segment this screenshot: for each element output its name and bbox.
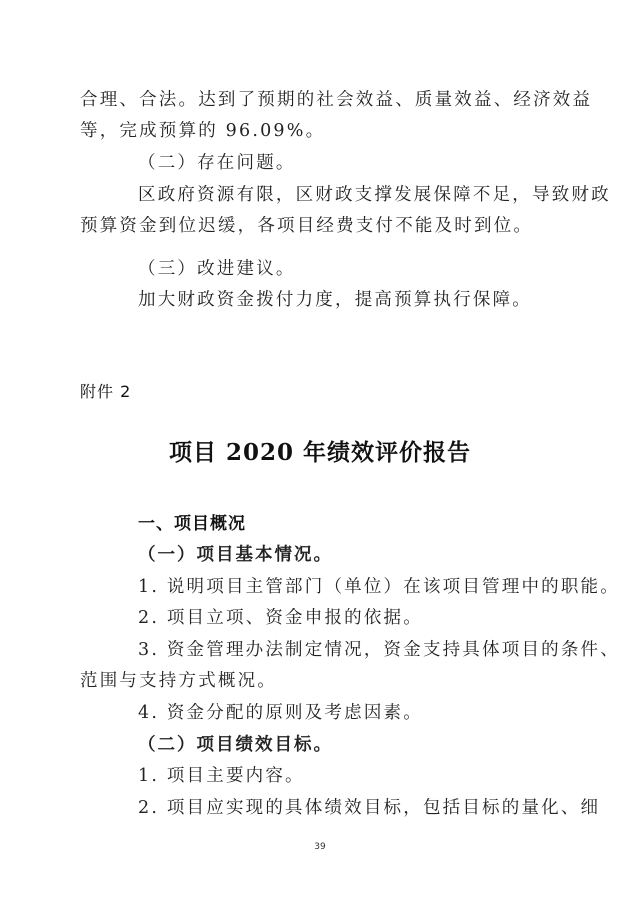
page-number: 39	[0, 842, 640, 852]
attachment-label: 附件 2	[80, 380, 560, 404]
paragraph-line: 等，完成预算的 96.09%。	[80, 119, 560, 143]
subheading-existing-problems: （二）存在问题。	[138, 151, 618, 175]
paragraph-line: 加大财政资金拨付力度，提高预算执行保障。	[138, 288, 618, 312]
list-item: 1. 说明项目主管部门（单位）在该项目管理中的职能。	[138, 575, 618, 599]
document-page: 合理、合法。达到了预期的社会效益、质量效益、经济效益 等，完成预算的 96.09…	[0, 0, 640, 906]
section-heading-project-overview: 一、项目概况	[138, 512, 618, 536]
list-item-continuation: 范围与支持方式概况。	[80, 669, 560, 693]
report-title: 项目 2020 年绩效评价报告	[0, 438, 640, 468]
paragraph-line: 预算资金到位迟缓，各项目经费支付不能及时到位。	[80, 214, 560, 238]
paragraph-line: 区政府资源有限，区财政支撑发展保障不足，导致财政	[138, 183, 618, 207]
subsection-heading-performance-goals: （二）项目绩效目标。	[138, 733, 618, 757]
list-item: 4. 资金分配的原则及考虑因素。	[138, 701, 618, 725]
list-item: 1. 项目主要内容。	[138, 764, 618, 788]
list-item: 3. 资金管理办法制定情况，资金支持具体项目的条件、	[138, 638, 618, 662]
list-item: 2. 项目立项、资金申报的依据。	[138, 606, 618, 630]
paragraph-line: 合理、合法。达到了预期的社会效益、质量效益、经济效益	[80, 88, 560, 112]
subsection-heading-basic-info: （一）项目基本情况。	[138, 543, 618, 567]
list-item: 2. 项目应实现的具体绩效目标，包括目标的量化、细	[138, 796, 618, 820]
subheading-improvement-suggestions: （三）改进建议。	[138, 257, 618, 281]
